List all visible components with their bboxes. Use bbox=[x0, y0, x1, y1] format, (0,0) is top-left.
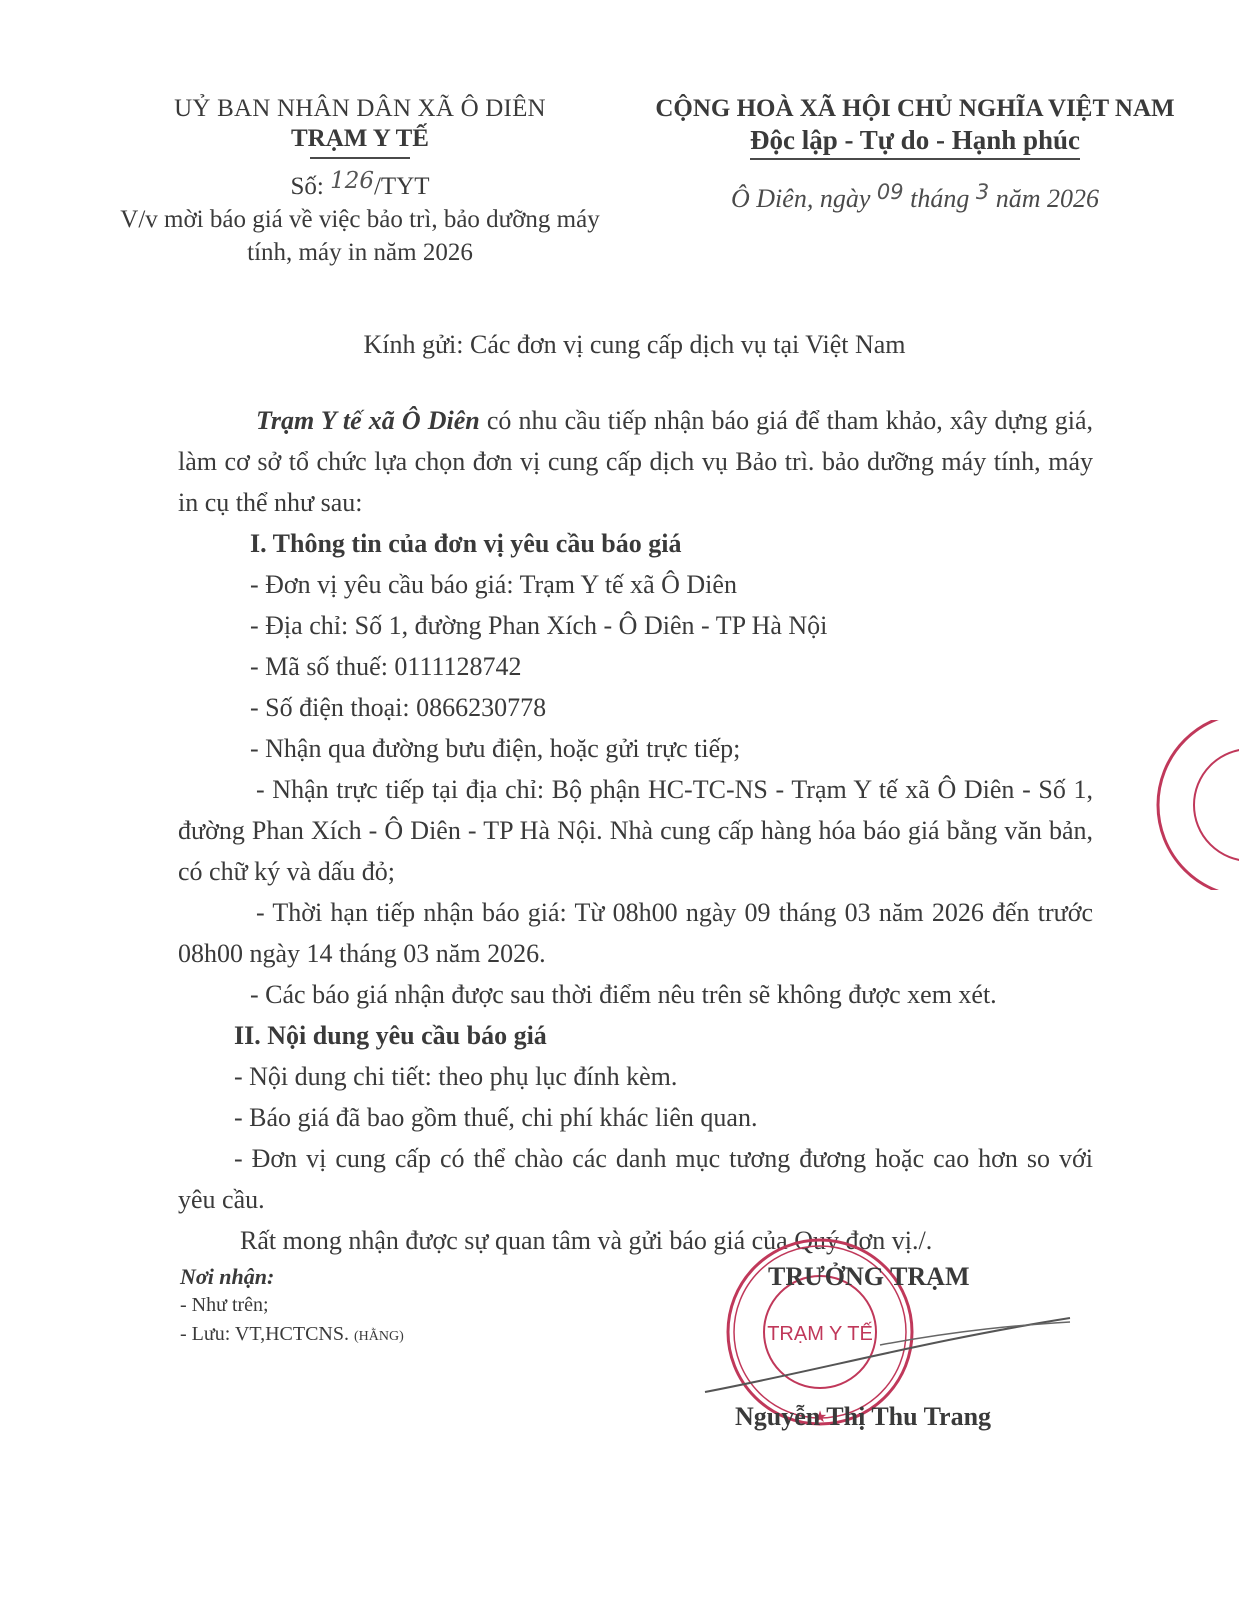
national-motto: Độc lập - Tự do - Hạnh phúc bbox=[750, 125, 1080, 160]
recipients-item: - Lưu: VT,HCTCNS. (HẰNG) bbox=[180, 1320, 404, 1351]
document-subject: V/v mời báo giá về việc bảo trì, bảo dưỡ… bbox=[80, 203, 640, 269]
header-right: CỘNG HOÀ XÃ HỘI CHỦ NGHĨA VIỆT NAM Độc l… bbox=[620, 95, 1210, 214]
section-2-title: II. Nội dung yêu cầu báo giá bbox=[178, 1015, 1093, 1056]
subject-line-2: tính, máy in năm 2026 bbox=[80, 236, 640, 269]
section-2-item: - Nội dung chi tiết: theo phụ lục đính k… bbox=[178, 1056, 1093, 1097]
number-prefix: Số: bbox=[290, 173, 323, 200]
issuing-authority: UỶ BAN NHÂN DÂN XÃ Ô DIÊN bbox=[80, 95, 640, 123]
issuing-unit: TRẠM Y TẾ bbox=[80, 125, 640, 153]
deadline-paragraph: - Thời hạn tiếp nhận báo giá: Từ 08h00 n… bbox=[178, 892, 1093, 974]
section-1-title: I. Thông tin của đơn vị yêu cầu báo giá bbox=[178, 523, 1093, 564]
late-note: - Các báo giá nhận được sau thời điểm nê… bbox=[178, 974, 1093, 1015]
unit-underline bbox=[310, 157, 410, 159]
header-left: UỶ BAN NHÂN DÂN XÃ Ô DIÊN TRẠM Y TẾ Số: … bbox=[80, 95, 640, 269]
recipient-line: Kính gửi: Các đơn vị cung cấp dịch vụ tạ… bbox=[0, 330, 1239, 360]
recipients-item-text: - Lưu: VT,HCTCNS. bbox=[180, 1323, 349, 1345]
document-date: Ô Diên, ngày 09 tháng 3 năm 2026 bbox=[620, 184, 1210, 214]
equivalent-paragraph: - Đơn vị cung cấp có thể chào các danh m… bbox=[178, 1138, 1093, 1220]
recipients-title: Nơi nhận: bbox=[180, 1262, 404, 1291]
section-1-item: - Nhận qua đường bưu điện, hoặc gửi trực… bbox=[178, 728, 1093, 769]
section-1-item: - Đơn vị yêu cầu báo giá: Trạm Y tế xã Ô… bbox=[178, 564, 1093, 605]
date-year: năm 2026 bbox=[996, 184, 1099, 213]
number-handwritten: 126 bbox=[330, 168, 374, 194]
section-1-item: - Số điện thoại: 0866230778 bbox=[178, 687, 1093, 728]
signatory-name: Nguyễn Thị Thu Trang bbox=[735, 1402, 991, 1432]
document-body: Trạm Y tế xã Ô Diên có nhu cầu tiếp nhận… bbox=[178, 400, 1093, 1261]
national-title: CỘNG HOÀ XÃ HỘI CHỦ NGHĨA VIỆT NAM bbox=[620, 95, 1210, 123]
direct-receipt-paragraph: - Nhận trực tiếp tại địa chỉ: Bộ phận HC… bbox=[178, 769, 1093, 892]
handwritten-signature bbox=[700, 1300, 1080, 1400]
date-place: Ô Diên, ngày bbox=[731, 184, 870, 213]
recipients-item: - Như trên; bbox=[180, 1291, 404, 1320]
section-1-item: - Địa chỉ: Số 1, đường Phan Xích - Ô Diê… bbox=[178, 605, 1093, 646]
section-2-item: - Báo giá đã bao gồm thuế, chi phí khác … bbox=[178, 1097, 1093, 1138]
date-day: 09 bbox=[877, 180, 904, 204]
document-number: Số: 126/TYT bbox=[80, 173, 640, 201]
recipients-block: Nơi nhận: - Như trên; - Lưu: VT,HCTCNS. … bbox=[180, 1262, 404, 1351]
recipients-initials: (HẰNG) bbox=[354, 1329, 404, 1344]
date-month: 3 bbox=[976, 180, 989, 204]
closing-line: Rất mong nhận được sự quan tâm và gửi bá… bbox=[178, 1220, 1093, 1261]
intro-paragraph: Trạm Y tế xã Ô Diên có nhu cầu tiếp nhận… bbox=[178, 400, 1093, 523]
partial-stamp-edge bbox=[1150, 720, 1239, 890]
signatory-title: TRƯỞNG TRẠM bbox=[768, 1262, 970, 1292]
number-suffix: /TYT bbox=[374, 173, 430, 200]
section-1-item: - Mã số thuế: 0111128742 bbox=[178, 646, 1093, 687]
intro-bold: Trạm Y tế xã Ô Diên bbox=[256, 406, 480, 435]
date-month-label: tháng bbox=[910, 184, 969, 213]
subject-line-1: V/v mời báo giá về việc bảo trì, bảo dưỡ… bbox=[80, 203, 640, 236]
